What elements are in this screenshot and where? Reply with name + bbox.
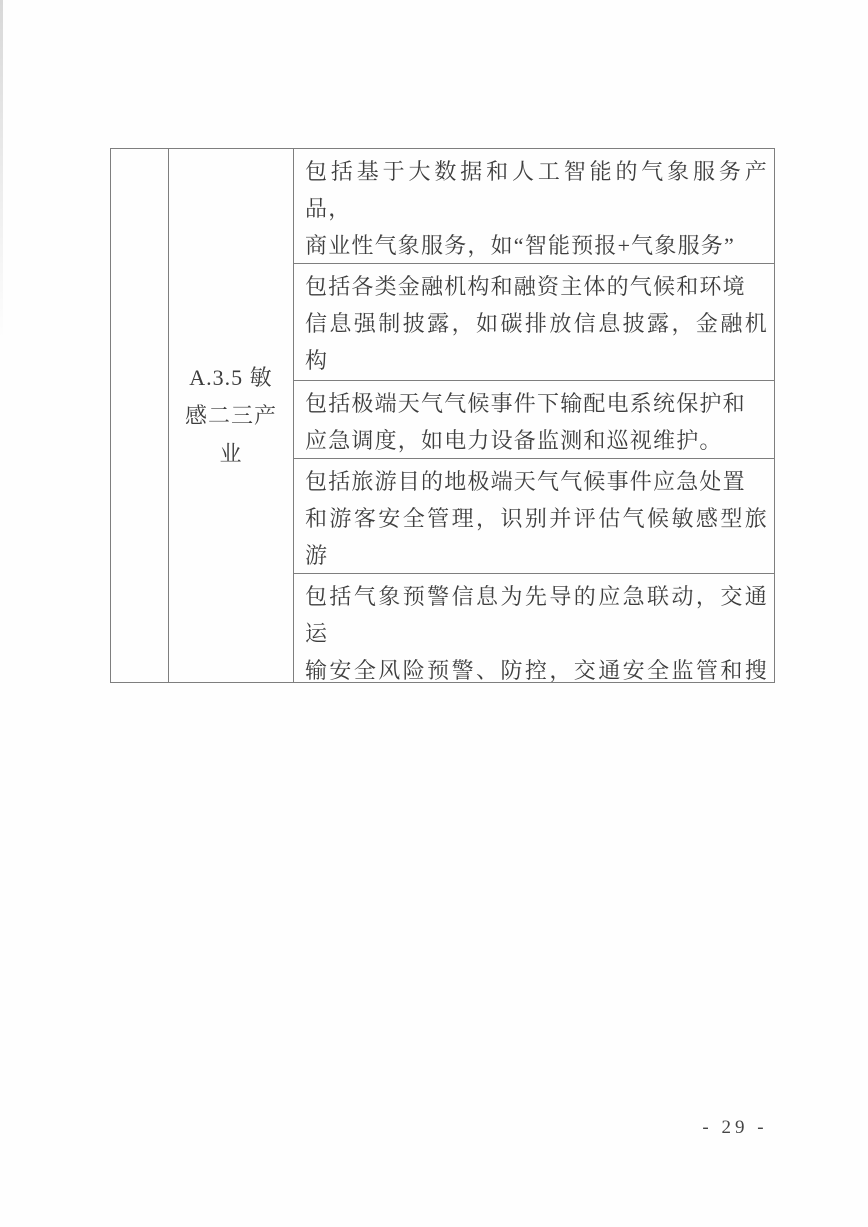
table-cell-description-tourism-emergency: 包括旅游目的地极端天气气候事件应急处置 和游客安全管理，识别并评估气候敏感型旅游… — [294, 459, 774, 574]
table-cell-description-transport-emergency: 包括气象预警信息为先导的应急联动，交通运 输安全风险预警、防控，交通安全监管和搜… — [294, 574, 774, 682]
table-cell-description-power-grid-protection: 包括极端天气气候事件下输配电系统保护和 应急调度，如电力设备监测和巡视维护。 — [294, 381, 774, 459]
table-cell-description-financial-disclosure: 包括各类金融机构和融资主体的气候和环境 信息强制披露，如碳排放信息披露，金融机构… — [294, 264, 774, 381]
table-cell-description-meteorological-services: 包括基于大数据和人工智能的气象服务产品， 商业性气象服务，如“智能预报+气象服务… — [294, 149, 774, 264]
table-cell-empty-left-column — [111, 149, 169, 682]
table-cell-category-a35: A.3.5 敏 感二三产 业 — [169, 149, 294, 682]
climate-sensitive-industries-table: A.3.5 敏 感二三产 业 包括基于大数据和人工智能的气象服务产品， 商业性气… — [110, 148, 775, 683]
page-number: - 29 - — [660, 1117, 810, 1139]
document-page: A.3.5 敏 感二三产 业 包括基于大数据和人工智能的气象服务产品， 商业性气… — [0, 0, 868, 1227]
scan-edge-artifact — [0, 0, 3, 340]
